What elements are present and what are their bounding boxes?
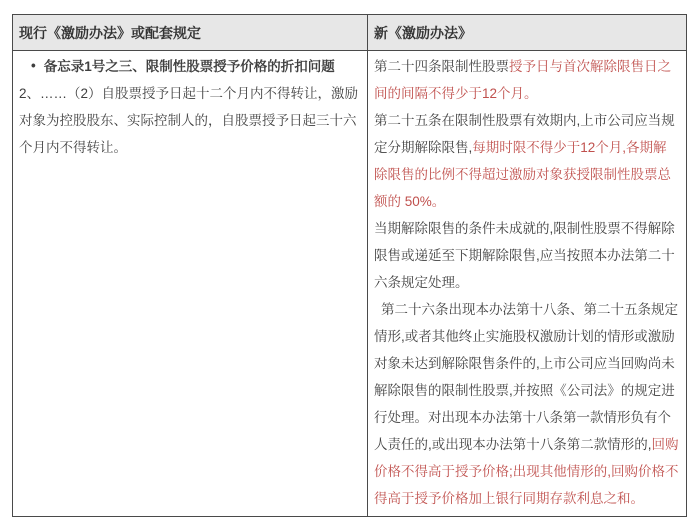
bullet-icon: • — [31, 52, 36, 79]
paragraph: 第二十四条限制性股票授予日与首次解除限售日之间的间隔不得少于12个月。 — [374, 53, 680, 107]
memo-title-line: •备忘录1号之三、限制性股票授予价格的折扣问题 — [19, 53, 361, 80]
text-segment: 第二十四条限制性股票 — [374, 59, 509, 74]
cell-current-regulation: •备忘录1号之三、限制性股票授予价格的折扣问题 2、……（2）自股票授予日起十二… — [13, 51, 368, 517]
body-row: •备忘录1号之三、限制性股票授予价格的折扣问题 2、……（2）自股票授予日起十二… — [13, 51, 687, 517]
paragraph: 当期解除限售的条件未成就的,限制性股票不得解除限售或递延至下期解除限售,应当按照… — [374, 215, 680, 296]
comparison-table: 现行《激励办法》或配套规定 新《激励办法》 •备忘录1号之三、限制性股票授予价格… — [12, 14, 687, 517]
paragraph: 第二十六条出现本办法第十八条、第二十五条规定情形,或者其他终止实施股权激励计划的… — [374, 296, 680, 512]
regulation-comparison: 现行《激励办法》或配套规定 新《激励办法》 •备忘录1号之三、限制性股票授予价格… — [12, 14, 686, 517]
column-header-current: 现行《激励办法》或配套规定 — [13, 15, 368, 51]
text-segment: 第二十六条出现本办法第十八条、第二十五条规定情形,或者其他终止实施股权激励计划的… — [374, 302, 678, 452]
cell-new-regulation: 第二十四条限制性股票授予日与首次解除限售日之间的间隔不得少于12个月。第二十五条… — [368, 51, 687, 517]
column-header-new: 新《激励办法》 — [368, 15, 687, 51]
cell-new-content: 第二十四条限制性股票授予日与首次解除限售日之间的间隔不得少于12个月。第二十五条… — [374, 53, 680, 512]
paragraph: 第二十五条在限制性股票有效期内,上市公司应当规定分期解除限售,每期时限不得少于1… — [374, 107, 680, 215]
memo-title: 备忘录1号之三、限制性股票授予价格的折扣问题 — [44, 59, 335, 74]
text-segment: 当期解除限售的条件未成就的,限制性股票不得解除限售或递延至下期解除限售,应当按照… — [374, 221, 675, 290]
current-regulation-text: 2、……（2）自股票授予日起十二个月内不得转让，激励对象为控股股东、实际控制人的… — [19, 80, 361, 161]
header-row: 现行《激励办法》或配套规定 新《激励办法》 — [13, 15, 687, 51]
